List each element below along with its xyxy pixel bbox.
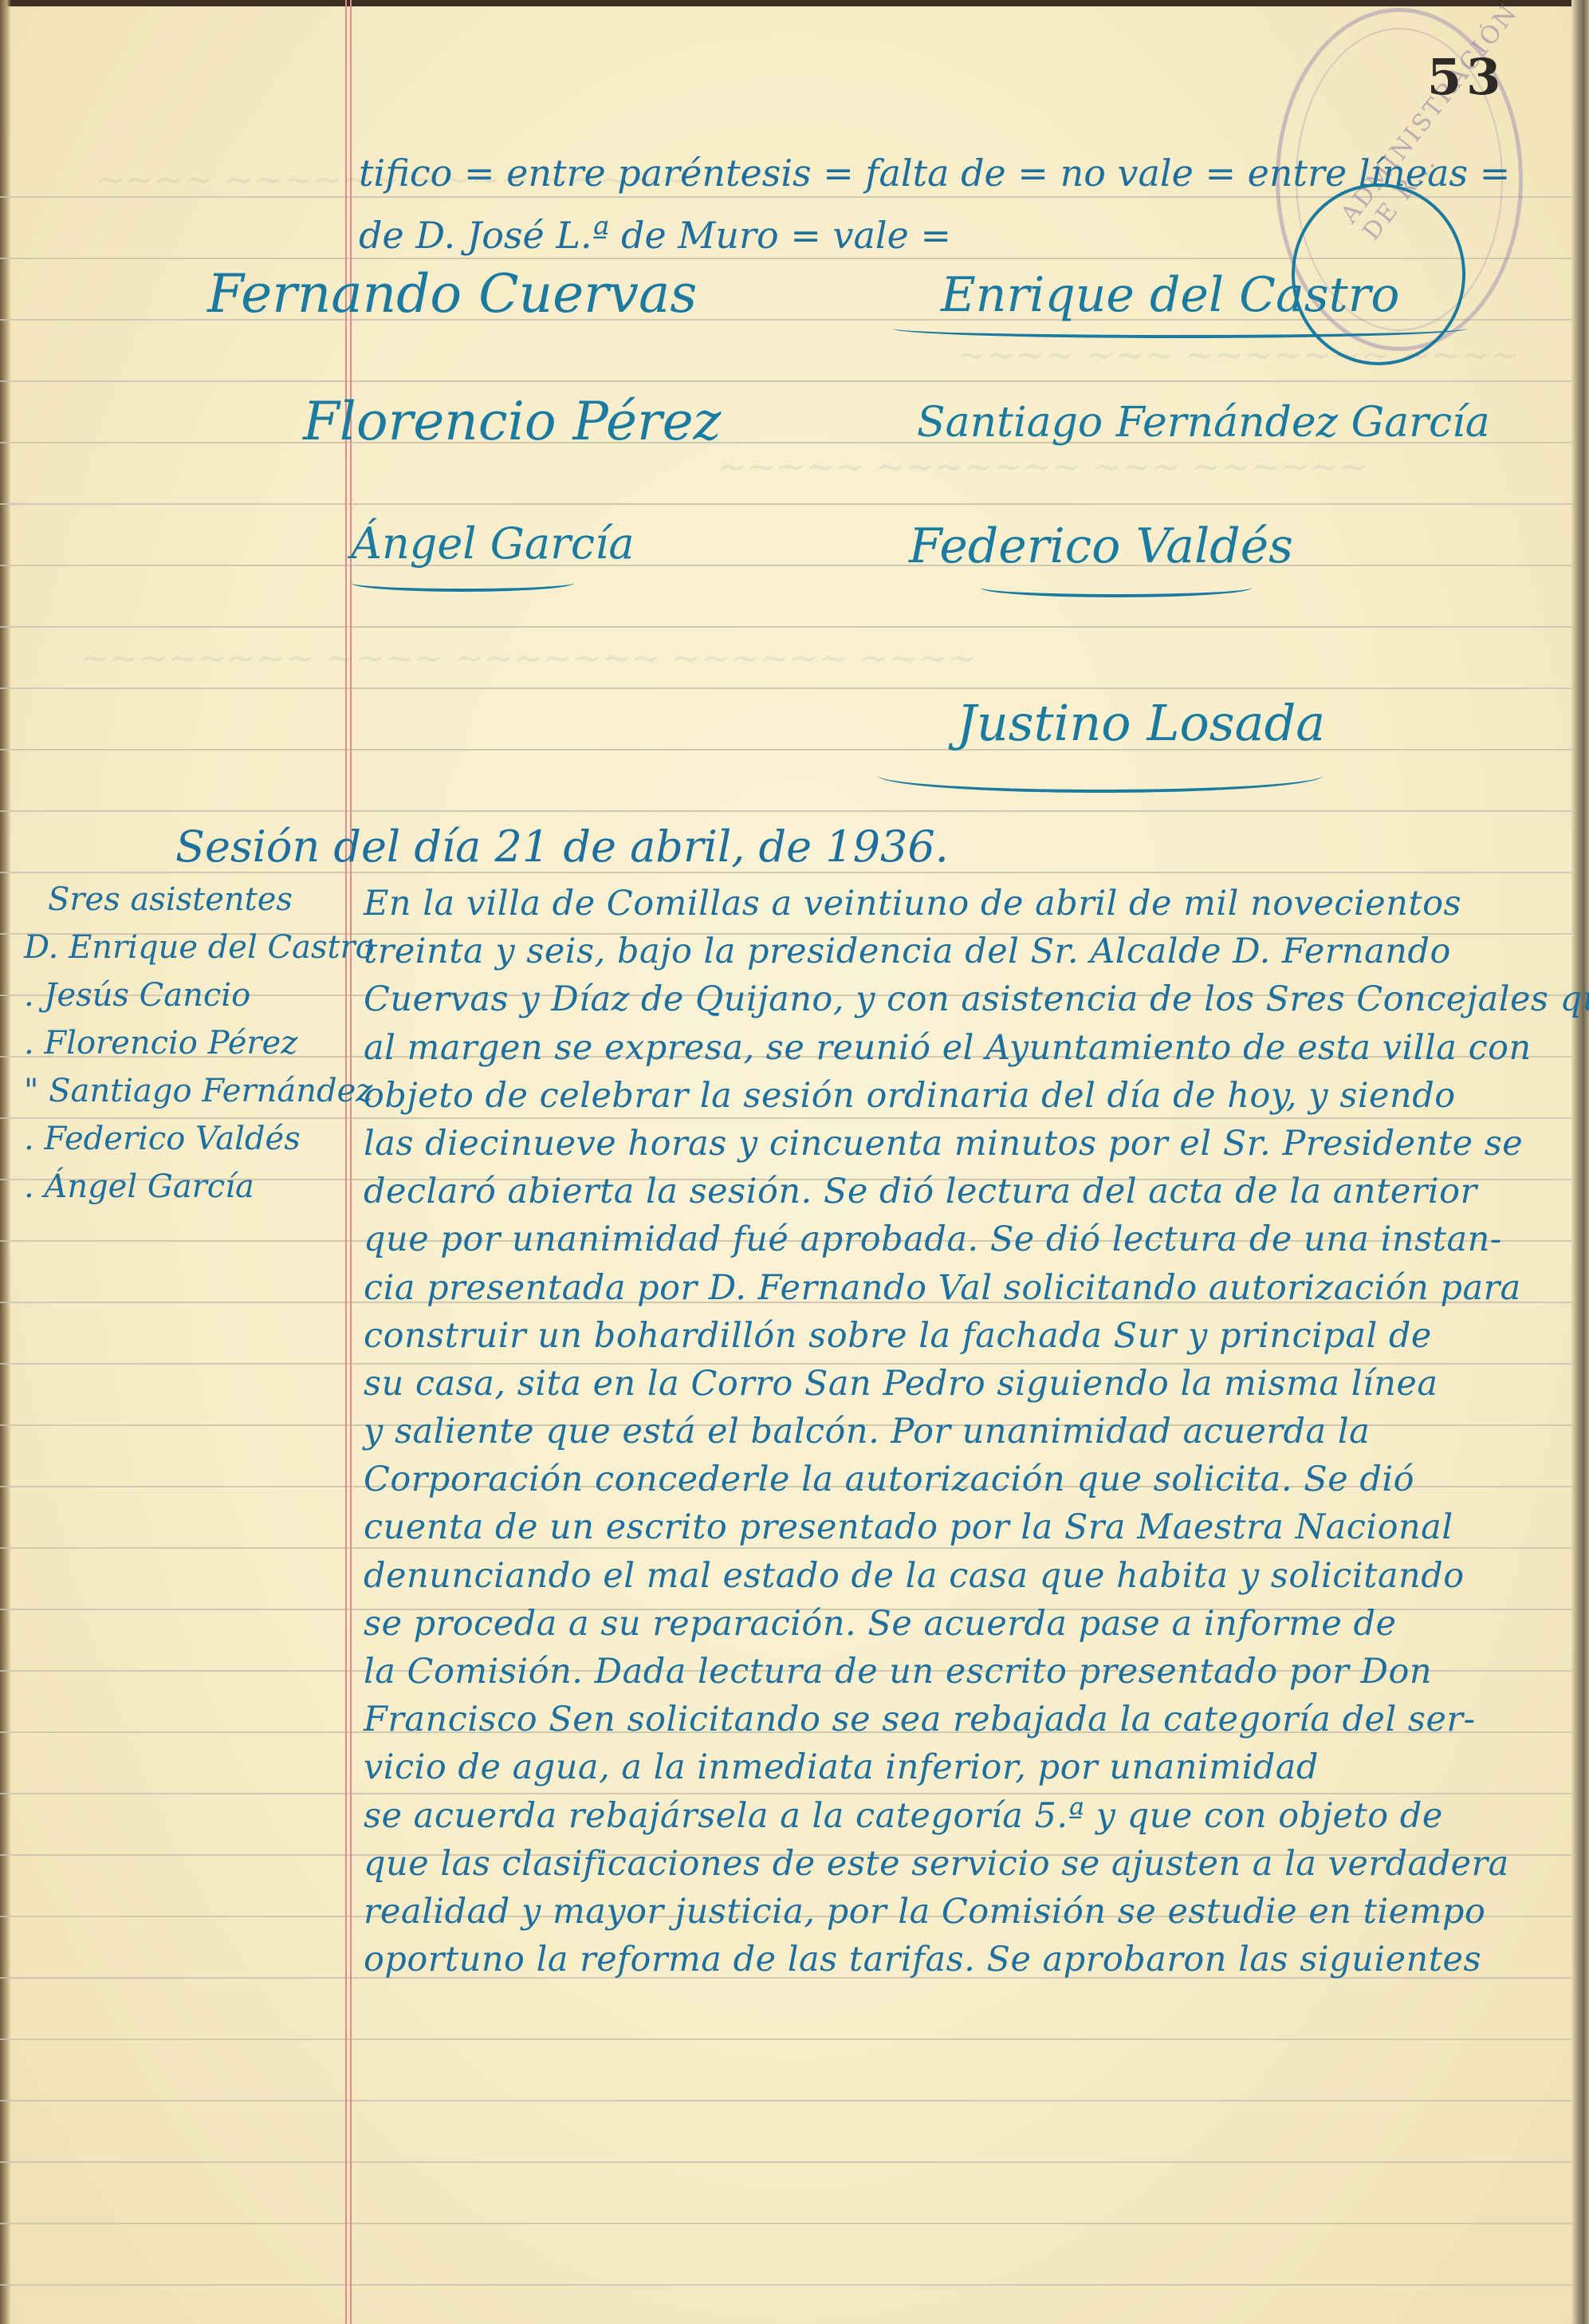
page-binding-left [0,0,11,2324]
ruled-line [0,2100,1571,2101]
minutes-line: denunciando el mal estado de la casa que… [364,1556,1560,1604]
signature-flourish [877,758,1324,793]
attendee: " Santiago Fernández [24,1073,359,1121]
minutes-line: que las clasificaciones de este servicio… [364,1844,1560,1892]
bleed-through-text: ~~~~~~~~ ~~~~ ~~~~~~~ ~~~~~~ ~~~~ [80,638,977,679]
session-heading: Sesión del día 21 de abril, de 1936. [175,821,949,872]
signature: Justino Losada [957,694,1325,752]
ruled-line [0,2223,1571,2224]
page-edge-right [1571,0,1589,2324]
ruled-line [0,872,1571,873]
minutes-line: cia presentada por D. Fernando Val solic… [364,1268,1560,1316]
page-number: 53 [1427,48,1505,106]
attendee: D. Enrique del Castro [24,929,359,977]
page-top-edge [0,0,1589,6]
ruled-line [0,565,1571,566]
minutes-line: objeto de celebrar la sesión ordinaria d… [364,1076,1560,1124]
minutes-line: cuenta de un escrito presentado por la S… [364,1507,1560,1555]
minutes-line: que por unanimidad fué aprobada. Se dió … [364,1219,1560,1267]
minutes-line: su casa, sita en la Corro San Pedro sigu… [364,1364,1560,1412]
minutes-line: treinta y seis, bajo la presidencia del … [364,932,1560,979]
minutes-line: oportuno la reforma de las tarifas. Se a… [364,1940,1560,1987]
ruled-line [0,626,1571,628]
ruled-line [0,749,1571,750]
attendee: . Federico Valdés [24,1121,359,1168]
minutes-line: la Comisión. Dada lectura de un escrito … [364,1652,1560,1700]
previous-entry-line: tifico = entre paréntesis = falta de = n… [359,152,1510,195]
minutes-line: se proceda a su reparación. Se acuerda p… [364,1604,1560,1652]
signature: Ángel García [351,518,635,569]
signature: Fernando Cuervas [207,263,697,325]
ruled-line [0,380,1571,382]
minutes-line: En la villa de Comillas a veintiuno de a… [364,884,1560,932]
minutes-line: realidad y mayor justicia, por la Comisi… [364,1892,1560,1940]
minutes-line: al margen se expresa, se reunió el Ayunt… [364,1028,1560,1076]
minutes-line: se acuerda rebajársela a la categoría 5.… [364,1796,1560,1844]
minutes-line: Francisco Sen solicitando se sea rebajad… [364,1700,1560,1747]
minutes-line: construir un bohardillón sobre la fachad… [364,1316,1560,1364]
ruled-line [0,2038,1571,2040]
signature-flourish [981,578,1252,597]
ruled-line [0,687,1571,689]
minutes-body: En la villa de Comillas a veintiuno de a… [364,884,1560,1987]
attendees-margin-list: Sres asistentes D. Enrique del Castro . … [24,881,359,1216]
previous-entry-line: de D. José L.ª de Muro = vale = [359,214,951,257]
attendees-label: Sres asistentes [24,881,359,929]
bleed-through-text: ~~~~~ ~~~~~~~ ~~~ ~~~~~~ [718,447,1368,487]
ledger-page: ~~~~ ~~~~~~ ~~~~ ~~~~~ ~~~~ ~~~ ~~~~~~~ … [0,0,1589,2324]
ruled-line [0,503,1571,505]
attendee: . Ángel García [24,1168,359,1216]
signature: Santiago Fernández García [917,399,1490,447]
minutes-line: vicio de agua, a la inmediata inferior, … [364,1747,1560,1795]
signature: Federico Valdés [909,518,1293,574]
attendee: . Florencio Pérez [24,1025,359,1073]
minutes-line: las diecinueve horas y cincuenta minutos… [364,1124,1560,1172]
minutes-line: Corporación concederle la autorización q… [364,1459,1560,1507]
ruled-line [0,810,1571,812]
attendee: . Jesús Cancio [24,977,359,1025]
signature-paraph-loop [1292,183,1465,365]
ruled-line [0,2161,1571,2163]
minutes-line: y saliente que está el balcón. Por unani… [364,1412,1560,1459]
minutes-line: Cuervas y Díaz de Quijano, y con asisten… [364,979,1560,1027]
ruled-line [0,2284,1571,2286]
signature-flourish [351,574,574,592]
signature: Florencio Pérez [303,391,721,452]
minutes-line: declaró abierta la sesión. Se dió lectur… [364,1172,1560,1219]
